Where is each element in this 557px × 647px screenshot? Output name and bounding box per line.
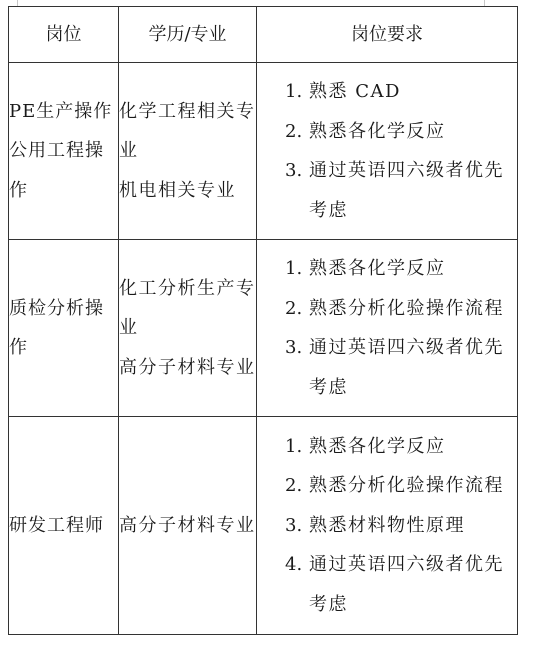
position-cell: 研发工程师 [9,417,119,635]
requirement-item: 1.熟悉 CAD [285,72,517,112]
item-number: 2. [285,112,302,152]
item-number: 3. [285,506,302,546]
job-requirements-table: 岗位 学历/专业 岗位要求 PE生产操作 公用工程操作 化学工程相关专业 机电相… [8,6,518,635]
item-number: 1. [285,427,302,467]
education-cell: 化学工程相关专业 机电相关专业 [119,63,257,240]
education-text: 高分子材料专业 [119,506,256,546]
item-number: 2. [285,289,302,329]
education-cell: 高分子材料专业 [119,417,257,635]
requirement-item: 2.熟悉各化学反应 [285,112,517,152]
item-text: 通过英语四六级者优先考虑 [309,554,504,615]
item-text: 通过英语四六级者优先考虑 [309,160,504,221]
item-text: 熟悉各化学反应 [309,258,446,279]
education-cell: 化工分析生产专业 高分子材料专业 [119,240,257,417]
item-text: 熟悉材料物性原理 [309,515,465,536]
requirements-list: 1.熟悉各化学反应 2.熟悉分析化验操作流程 3.通过英语四六级者优先考虑 [257,249,517,407]
requirement-item: 3.通过英语四六级者优先考虑 [285,328,517,407]
requirements-cell: 1.熟悉各化学反应 2.熟悉分析化验操作流程 3.通过英语四六级者优先考虑 [257,240,518,417]
item-number: 4. [285,545,302,585]
item-number: 3. [285,151,302,191]
position-text: 质检分析操作 [9,289,118,368]
table-row: 研发工程师 高分子材料专业 1.熟悉各化学反应 2.熟悉分析化验操作流程 3.熟… [9,417,518,635]
requirement-item: 1.熟悉各化学反应 [285,427,517,467]
item-number: 3. [285,328,302,368]
header-position: 岗位 [9,7,119,63]
requirement-item: 1.熟悉各化学反应 [285,249,517,289]
position-text: PE生产操作 [9,92,118,132]
requirements-cell: 1.熟悉 CAD 2.熟悉各化学反应 3.通过英语四六级者优先考虑 [257,63,518,240]
requirements-cell: 1.熟悉各化学反应 2.熟悉分析化验操作流程 3.熟悉材料物性原理 4.通过英语… [257,417,518,635]
table-row: PE生产操作 公用工程操作 化学工程相关专业 机电相关专业 1.熟悉 CAD 2… [9,63,518,240]
item-text: 熟悉分析化验操作流程 [309,298,504,319]
education-text: 机电相关专业 [119,171,256,211]
requirements-list: 1.熟悉各化学反应 2.熟悉分析化验操作流程 3.熟悉材料物性原理 4.通过英语… [257,427,517,625]
item-number: 1. [285,249,302,289]
position-cell: PE生产操作 公用工程操作 [9,63,119,240]
item-number: 1. [285,72,302,112]
table-row: 质检分析操作 化工分析生产专业 高分子材料专业 1.熟悉各化学反应 2.熟悉分析… [9,240,518,417]
position-text: 公用工程操作 [9,131,118,210]
header-row: 岗位 学历/专业 岗位要求 [9,7,518,63]
requirement-item: 3.通过英语四六级者优先考虑 [285,151,517,230]
requirement-item: 2.熟悉分析化验操作流程 [285,466,517,506]
position-cell: 质检分析操作 [9,240,119,417]
position-text: 研发工程师 [9,506,118,546]
requirement-item: 4.通过英语四六级者优先考虑 [285,545,517,624]
requirements-list: 1.熟悉 CAD 2.熟悉各化学反应 3.通过英语四六级者优先考虑 [257,72,517,230]
requirement-item: 2.熟悉分析化验操作流程 [285,289,517,329]
item-text: 通过英语四六级者优先考虑 [309,337,504,398]
header-education: 学历/专业 [119,7,257,63]
education-text: 化学工程相关专业 [119,92,256,171]
item-text: 熟悉各化学反应 [309,121,446,142]
item-text: 熟悉分析化验操作流程 [309,475,504,496]
education-text: 化工分析生产专业 [119,269,256,348]
header-requirements: 岗位要求 [257,7,518,63]
requirement-item: 3.熟悉材料物性原理 [285,506,517,546]
education-text: 高分子材料专业 [119,348,256,388]
item-number: 2. [285,466,302,506]
item-text: 熟悉各化学反应 [309,436,446,457]
item-text: 熟悉 CAD [309,81,401,102]
